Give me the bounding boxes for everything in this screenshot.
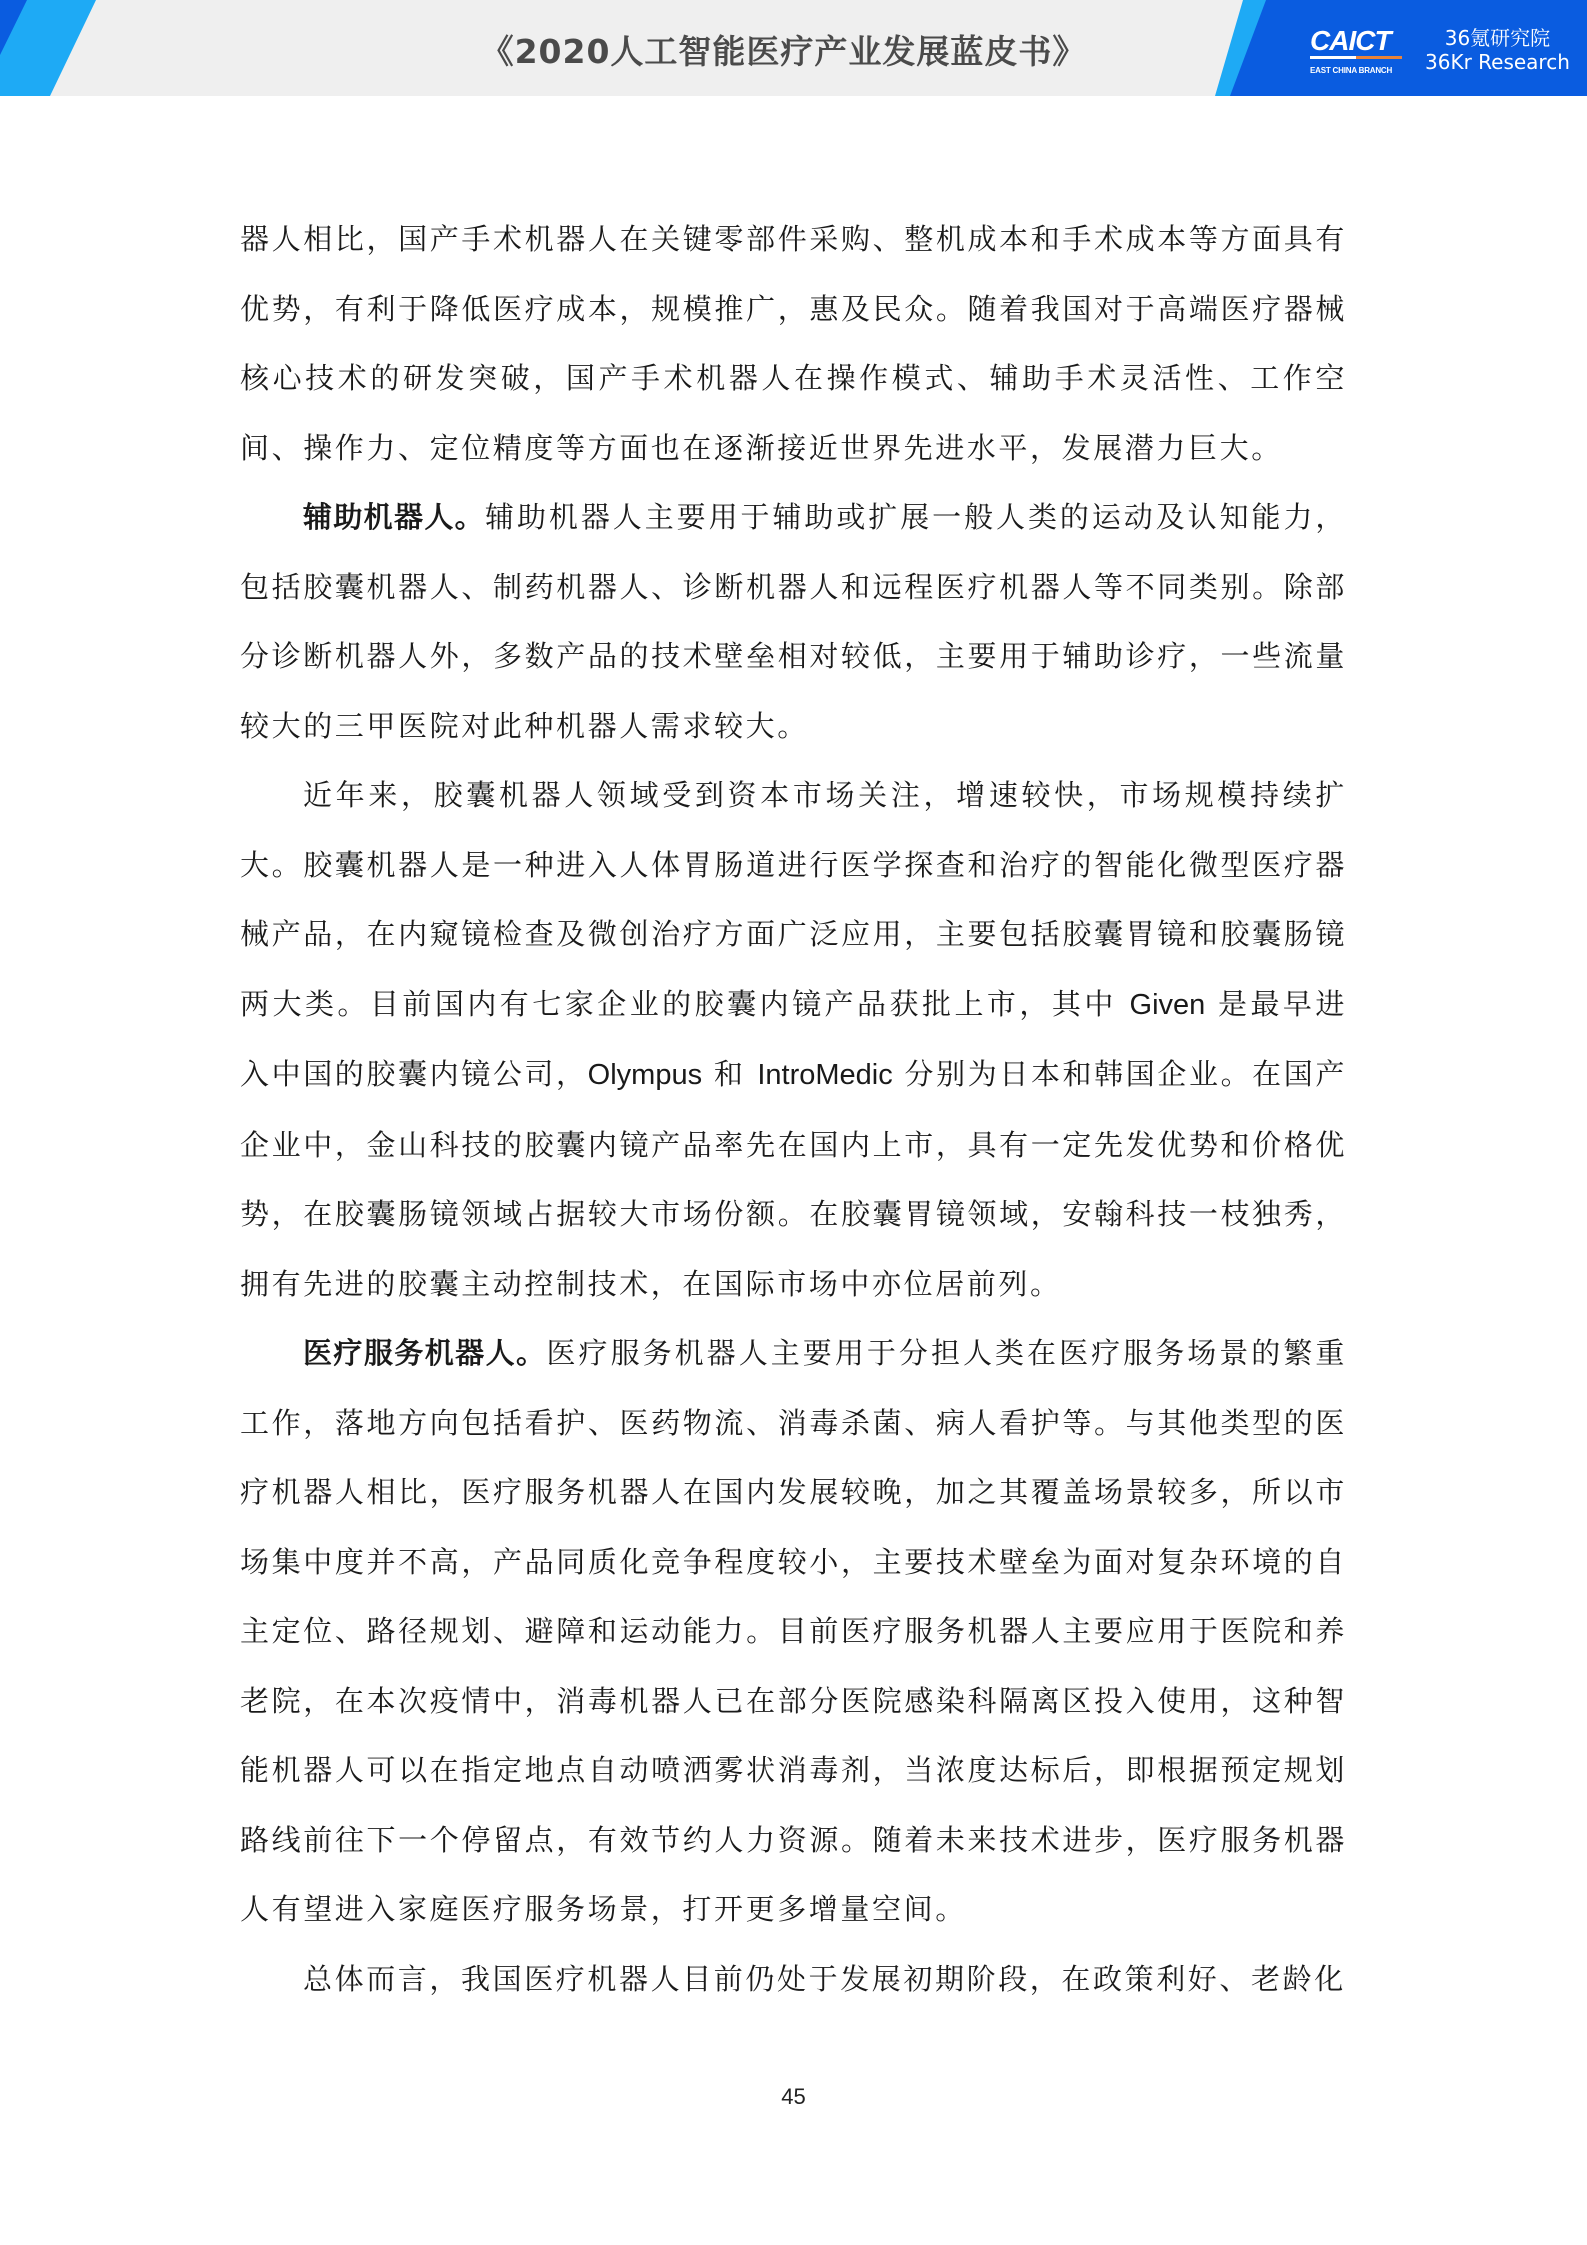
paragraph-text: 医疗服务机器人主要用于分担人类在医疗服务场景的繁重工作，落地方向包括看护、医药物… [240,1336,1347,1926]
paragraph-text: 辅助机器人主要用于辅助或扩展一般人类的运动及认知能力，包括胶囊机器人、制药机器人… [240,500,1347,743]
caict-logo-underline [1310,56,1402,59]
company-name-given: Given [1130,989,1206,1021]
paragraph-summary: 总体而言，我国医疗机器人目前仍处于发展初期阶段，在政策利好、老龄化 [240,1945,1347,2015]
page-header: 《2020人工智能医疗产业发展蓝皮书》 CAICT EAST CHINA BRA… [0,0,1587,96]
36kr-logo: 36氪研究院 36Kr Research [1425,26,1570,74]
company-name-olympus: Olympus [588,1059,702,1091]
paragraph-assistive-robot: 辅助机器人。辅助机器人主要用于辅助或扩展一般人类的运动及认知能力，包括胶囊机器人… [240,483,1347,761]
company-name-intromedic: IntroMedic [757,1059,892,1091]
paragraph-text: 近年来，胶囊机器人领域受到资本市场关注，增速较快，市场规模持续扩大。胶囊机器人是… [240,778,1347,1021]
paragraph-surgical-robot-cont: 器人相比，国产手术机器人在关键零部件采购、整机成本和手术成本等方面具有优势，有利… [240,205,1347,483]
document-body: 器人相比，国产手术机器人在关键零部件采购、整机成本和手术成本等方面具有优势，有利… [240,205,1347,2014]
paragraph-text: 和 [702,1057,757,1091]
36kr-logo-cn: 36氪研究院 [1425,26,1570,50]
caict-logo-subtitle: EAST CHINA BRANCH [1310,66,1402,75]
paragraph-text: 分别为日本和韩国企业。在国产企业中，金山科技的胶囊内镜产品率先在国内上市，具有一… [240,1057,1347,1301]
caict-logo-text: CAICT [1310,28,1402,54]
section-heading-service-robot: 医疗服务机器人。 [303,1336,547,1370]
caict-logo: CAICT EAST CHINA BRANCH [1310,28,1402,75]
paragraph-service-robot: 医疗服务机器人。医疗服务机器人主要用于分担人类在医疗服务场景的繁重工作，落地方向… [240,1319,1347,1945]
paragraph-capsule-robot: 近年来，胶囊机器人领域受到资本市场关注，增速较快，市场规模持续扩大。胶囊机器人是… [240,761,1347,1319]
page-number: 45 [0,2084,1587,2110]
36kr-logo-en: 36Kr Research [1425,50,1570,74]
section-heading-assistive-robot: 辅助机器人。 [303,500,485,534]
